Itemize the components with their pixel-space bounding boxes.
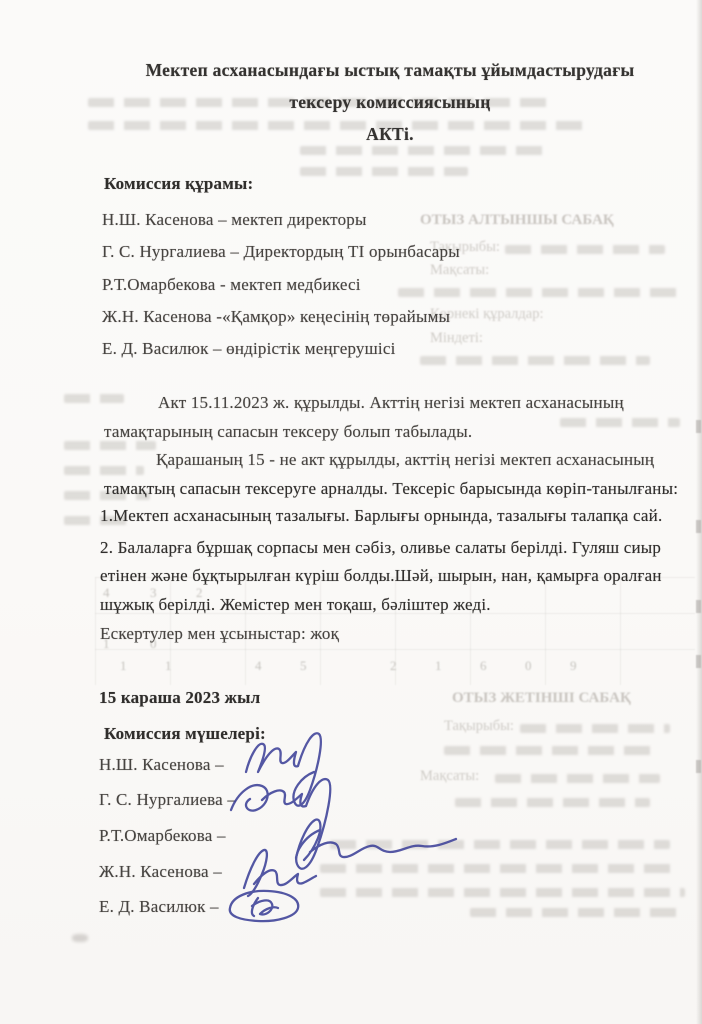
- scan-edge-mark: [696, 420, 701, 433]
- bleedthrough-line: [495, 774, 660, 783]
- title-line-3: АКТі.: [90, 124, 690, 145]
- members-heading: Комиссия мүшелері:: [104, 724, 266, 744]
- bleedthrough-heading-top: ОТЫЗ АЛТЫНШЫ САБАҚ: [420, 212, 614, 229]
- signature-row: Ж.Н. Касенова –: [99, 862, 222, 882]
- bleedthrough-digit: 2: [390, 658, 397, 674]
- commission-member: Р.Т.Омарбекова - мектеп медбикесі: [102, 275, 361, 295]
- bleedthrough-line: [505, 245, 665, 254]
- scan-right-edge: [696, 0, 702, 1024]
- bleedthrough-line: [470, 908, 685, 917]
- title-line-2: тексеру комиссиясының: [90, 92, 690, 113]
- bleedthrough-line: [320, 888, 685, 897]
- finding-2-line-1: 2. Балаларға бұршақ сорпасы мен сәбіз, о…: [100, 538, 661, 558]
- date-line: 15 караша 2023 жыл: [99, 688, 260, 708]
- bleedthrough-line: [398, 288, 684, 297]
- bleedthrough-line: [560, 418, 680, 427]
- signature-vasilyuk: [230, 891, 298, 921]
- document-title-line2-wrap: тексеру комиссиясының: [90, 92, 690, 113]
- bleedthrough-mark: [72, 934, 88, 942]
- document-title-line3-wrap: АКТі.: [90, 124, 690, 145]
- signature-row: Е. Д. Василюк –: [99, 897, 219, 917]
- bleedthrough-line: [444, 746, 654, 755]
- bleedthrough-label: Тақырыбы:: [444, 718, 514, 735]
- scan-edge-mark: [696, 760, 701, 773]
- commission-member: Н.Ш. Касенова – мектеп директоры: [102, 210, 367, 230]
- bleedthrough-label: Міндеті:: [430, 330, 483, 347]
- bleedthrough-line: [320, 864, 675, 873]
- scan-edge-mark: [696, 655, 701, 668]
- bleedthrough-label: Мақсаты:: [430, 262, 489, 279]
- bleedthrough-line: [455, 798, 650, 807]
- notes-line: Ескертулер мен ұсыныстар: жоқ: [100, 624, 339, 644]
- finding-1: 1.Мектеп асханасының тазалығы. Барлығы о…: [100, 506, 662, 526]
- bleedthrough-line: [520, 724, 670, 733]
- bleedthrough-line: [420, 356, 650, 365]
- finding-2-line-3: шұжық берілді. Жемістер мен тоқаш, бәліш…: [100, 595, 491, 615]
- commission-member: Е. Д. Василюк – өндірістік меңгерушісі: [102, 339, 396, 359]
- paragraph-2-line-2: тамақтың сапасын тексеруге арналды. Текс…: [104, 479, 678, 499]
- title-line-1: Мектеп асханасындағы ыстық тамақты ұйымд…: [90, 60, 690, 81]
- document-title: Мектеп асханасындағы ыстық тамақты ұйымд…: [90, 60, 690, 81]
- signature-row: Н.Ш. Касенова –: [99, 755, 224, 775]
- commission-heading: Комиссия құрамы:: [104, 174, 253, 194]
- bleedthrough-digit: 6: [480, 658, 487, 674]
- signature-row: Г. С. Нургалиева –: [99, 790, 236, 810]
- bleedthrough-digit: 0: [525, 658, 532, 674]
- scan-edge-mark: [696, 520, 701, 533]
- bleedthrough-digit: 1: [165, 658, 172, 674]
- signature-kasenova-nsh: [246, 733, 321, 805]
- bleedthrough-line: [300, 146, 548, 155]
- paragraph-2-line-1: Қарашаның 15 - не акт құрылды, акттің не…: [156, 450, 654, 470]
- bleedthrough-digit: 1: [435, 658, 442, 674]
- signature-row: Р.Т.Омарбекова –: [99, 826, 226, 846]
- scanned-document-page: ОТЫЗ АЛТЫНШЫ САБАҚ Тақырыбы: Мақсаты: Кө…: [0, 0, 702, 1024]
- finding-2-line-2: етінен және бұқтырылған күріш болды.Шәй,…: [100, 566, 662, 586]
- commission-member: Г. С. Нургалиева – Директордың ТІ орынба…: [102, 242, 460, 262]
- bleedthrough-digit: 4: [255, 658, 262, 674]
- scan-edge-mark: [696, 600, 701, 613]
- bleedthrough-digit: 5: [300, 658, 307, 674]
- paragraph-1-line-1: Акт 15.11.2023 ж. құрылды. Акттің негізі…: [158, 393, 624, 413]
- bleedthrough-digit: 9: [570, 658, 577, 674]
- bleedthrough-line: [330, 840, 670, 849]
- bleedthrough-line: [64, 441, 156, 450]
- bleedthrough-label: Мақсаты:: [420, 768, 479, 785]
- bleedthrough-line: [64, 466, 144, 475]
- bleedthrough-line: [64, 394, 124, 403]
- signature-kasenova-zhn: [244, 850, 316, 896]
- bleedthrough-line: [300, 167, 468, 176]
- bleedthrough-digit: 1: [120, 658, 127, 674]
- paragraph-1-line-2: тамақтарының сапасын тексеру болып табыл…: [104, 422, 472, 442]
- signature-nurgalieva: [231, 779, 330, 869]
- bleedthrough-heading-bottom: ОТЫЗ ЖЕТІНШІ САБАҚ: [452, 690, 631, 707]
- commission-member: Ж.Н. Касенова -«Қамқор» кеңесінің төрайы…: [102, 307, 450, 327]
